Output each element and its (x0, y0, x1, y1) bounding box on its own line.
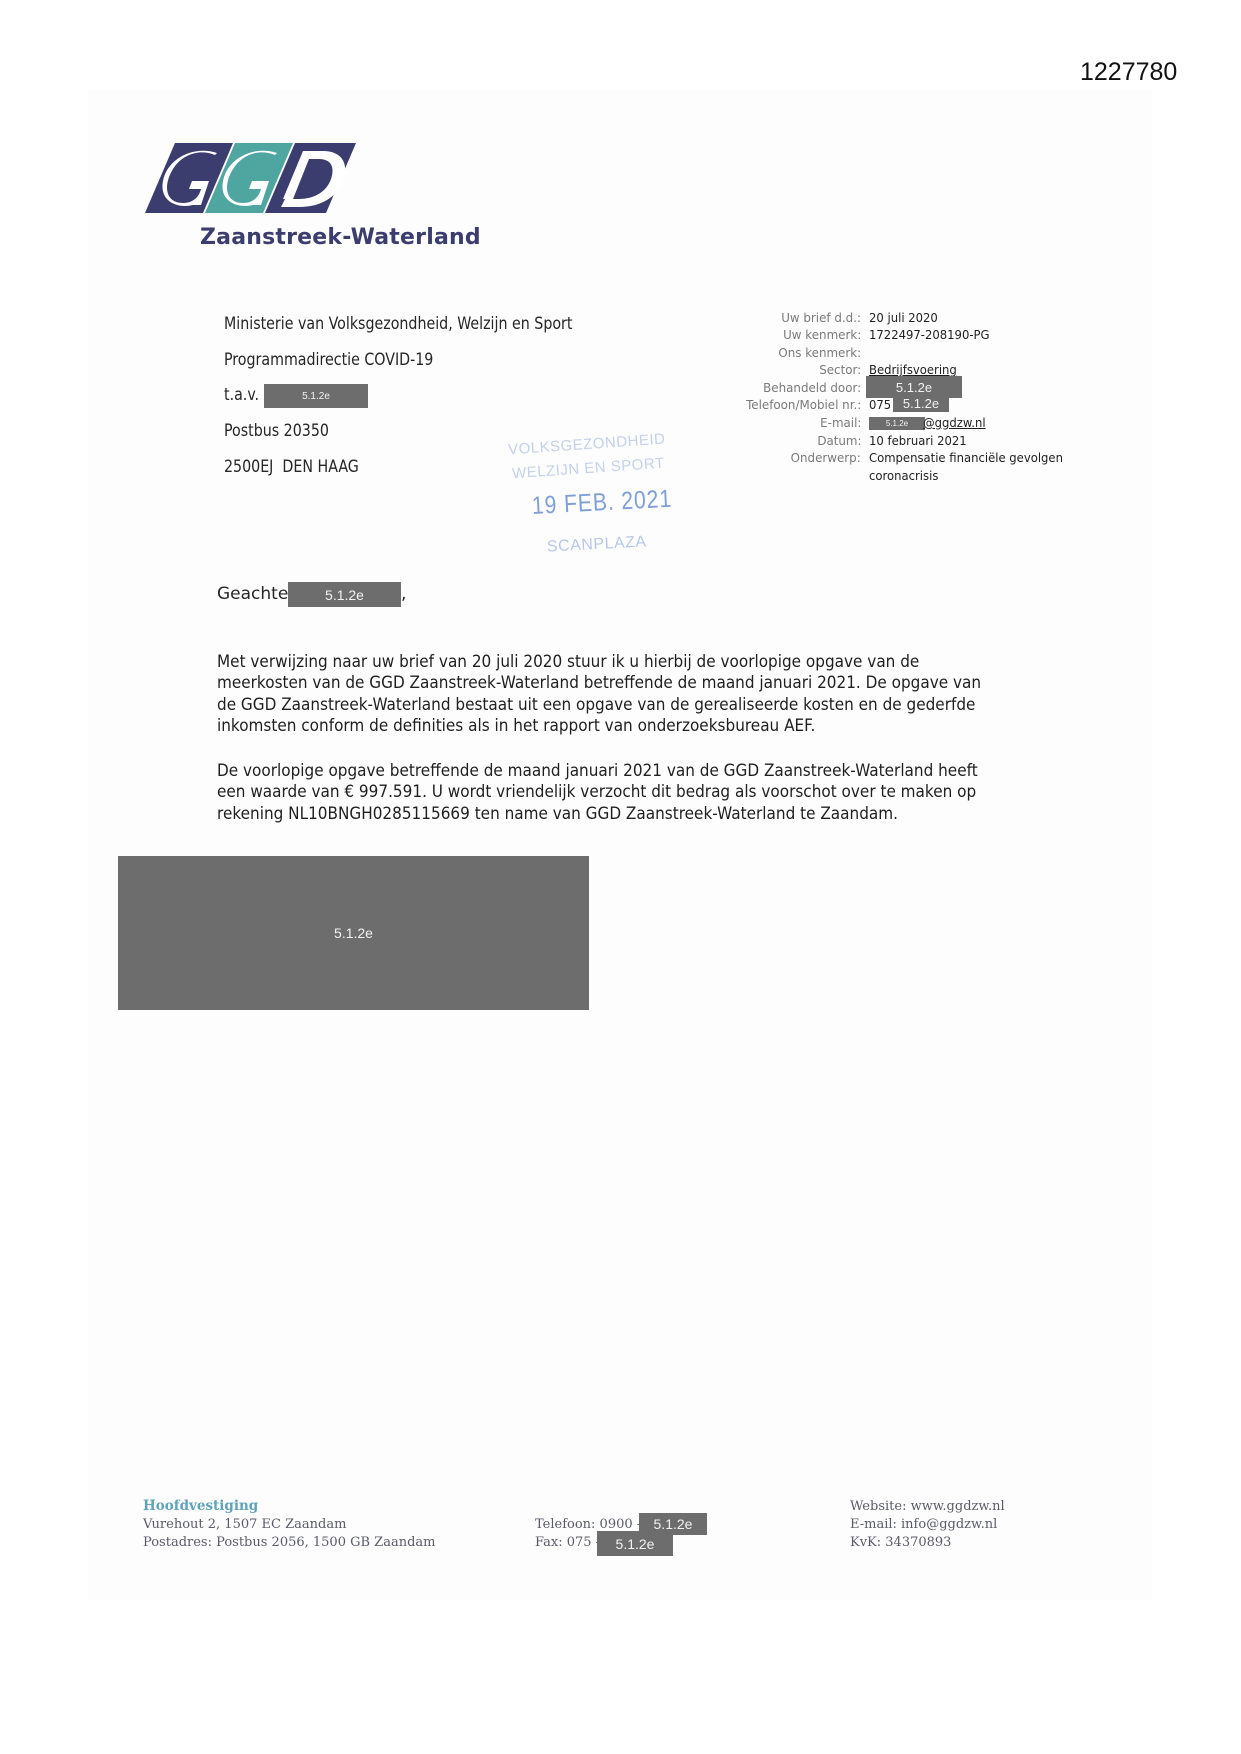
redaction-block: 5.1.2e (597, 1531, 673, 1556)
recipient-city: 2500EJ DEN HAAG (224, 457, 359, 477)
ref-label: Uw brief d.d.: (781, 310, 861, 325)
document-id: 1227780 (1080, 58, 1177, 87)
ref-label: Sector: (819, 362, 861, 377)
redaction-block: 5.1.2e (893, 394, 949, 412)
ref-value-uw-kenmerk: 1722497-208190-PG (869, 327, 990, 342)
ref-label: E-mail: (820, 415, 861, 430)
paragraph-line: een waarde van € 997.591. U wordt vriend… (217, 781, 971, 802)
ggd-logo-icon (143, 141, 358, 215)
footer-title: Hoofdvestiging (143, 1498, 258, 1514)
paragraph-line: Met verwijzing naar uw brief van 20 juli… (217, 651, 971, 672)
ref-label: Uw kenmerk: (783, 327, 861, 342)
paragraph-line: meerkosten van de GGD Zaanstreek-Waterla… (217, 672, 971, 693)
ref-label: Behandeld door: (763, 380, 861, 395)
ref-value-subject-line2: coronacrisis (869, 468, 938, 483)
recipient-postbus: Postbus 20350 (224, 421, 329, 441)
redaction-block: 5.1.2e (264, 384, 368, 408)
recipient-line1: Ministerie van Volksgezondheid, Welzijn … (224, 314, 572, 334)
salutation-prefix: Geachte (217, 584, 288, 604)
salutation-comma: , (401, 584, 406, 604)
signature-redaction-block: 5.1.2e (118, 856, 589, 1010)
paragraph-line: De voorlopige opgave betreffende de maan… (217, 760, 971, 781)
body-paragraph-1: Met verwijzing naar uw brief van 20 juli… (217, 651, 971, 737)
ref-value-date: 10 februari 2021 (869, 433, 967, 448)
body-paragraph-2: De voorlopige opgave betreffende de maan… (217, 760, 971, 824)
redaction-block: 5.1.2e (869, 417, 925, 430)
ref-value-email-domain[interactable]: @ggdzw.nl (923, 415, 986, 430)
footer-phone-label: Telefoon: 0900 - (535, 1517, 641, 1532)
ref-label: Onderwerp: (791, 450, 861, 465)
recipient-line2: Programmadirectie COVID-19 (224, 350, 433, 370)
ref-value-sector: Bedrijfsvoering (869, 362, 957, 377)
footer-fax-label: Fax: 075 - (535, 1535, 600, 1550)
organization-subtitle: Zaanstreek-Waterland (200, 225, 481, 250)
footer-kvk: KvK: 34370893 (850, 1535, 951, 1550)
footer-address-line1: Vurehout 2, 1507 EC Zaandam (143, 1517, 346, 1532)
ref-value-phone-prefix: 075 (869, 397, 891, 412)
footer-email[interactable]: E-mail: info@ggdzw.nl (850, 1517, 997, 1532)
ref-value-brief-date: 20 juli 2020 (869, 310, 938, 325)
paragraph-line: inkomsten conform de definities als in h… (217, 715, 971, 736)
ref-label: Datum: (817, 433, 861, 448)
footer-website[interactable]: Website: www.ggdzw.nl (850, 1499, 1005, 1514)
ref-label: Ons kenmerk: (778, 345, 861, 360)
footer-address-line2: Postadres: Postbus 2056, 1500 GB Zaandam (143, 1535, 436, 1550)
recipient-tav-label: t.a.v. (224, 385, 259, 405)
paragraph-line: rekening NL10BNGH0285115669 ten name van… (217, 803, 971, 824)
ref-label: Telefoon/Mobiel nr.: (746, 397, 861, 412)
paragraph-line: de GGD Zaanstreek-Waterland bestaat uit … (217, 694, 971, 715)
ref-value-subject: Compensatie financiële gevolgen (869, 450, 1063, 465)
redaction-block: 5.1.2e (288, 582, 401, 607)
